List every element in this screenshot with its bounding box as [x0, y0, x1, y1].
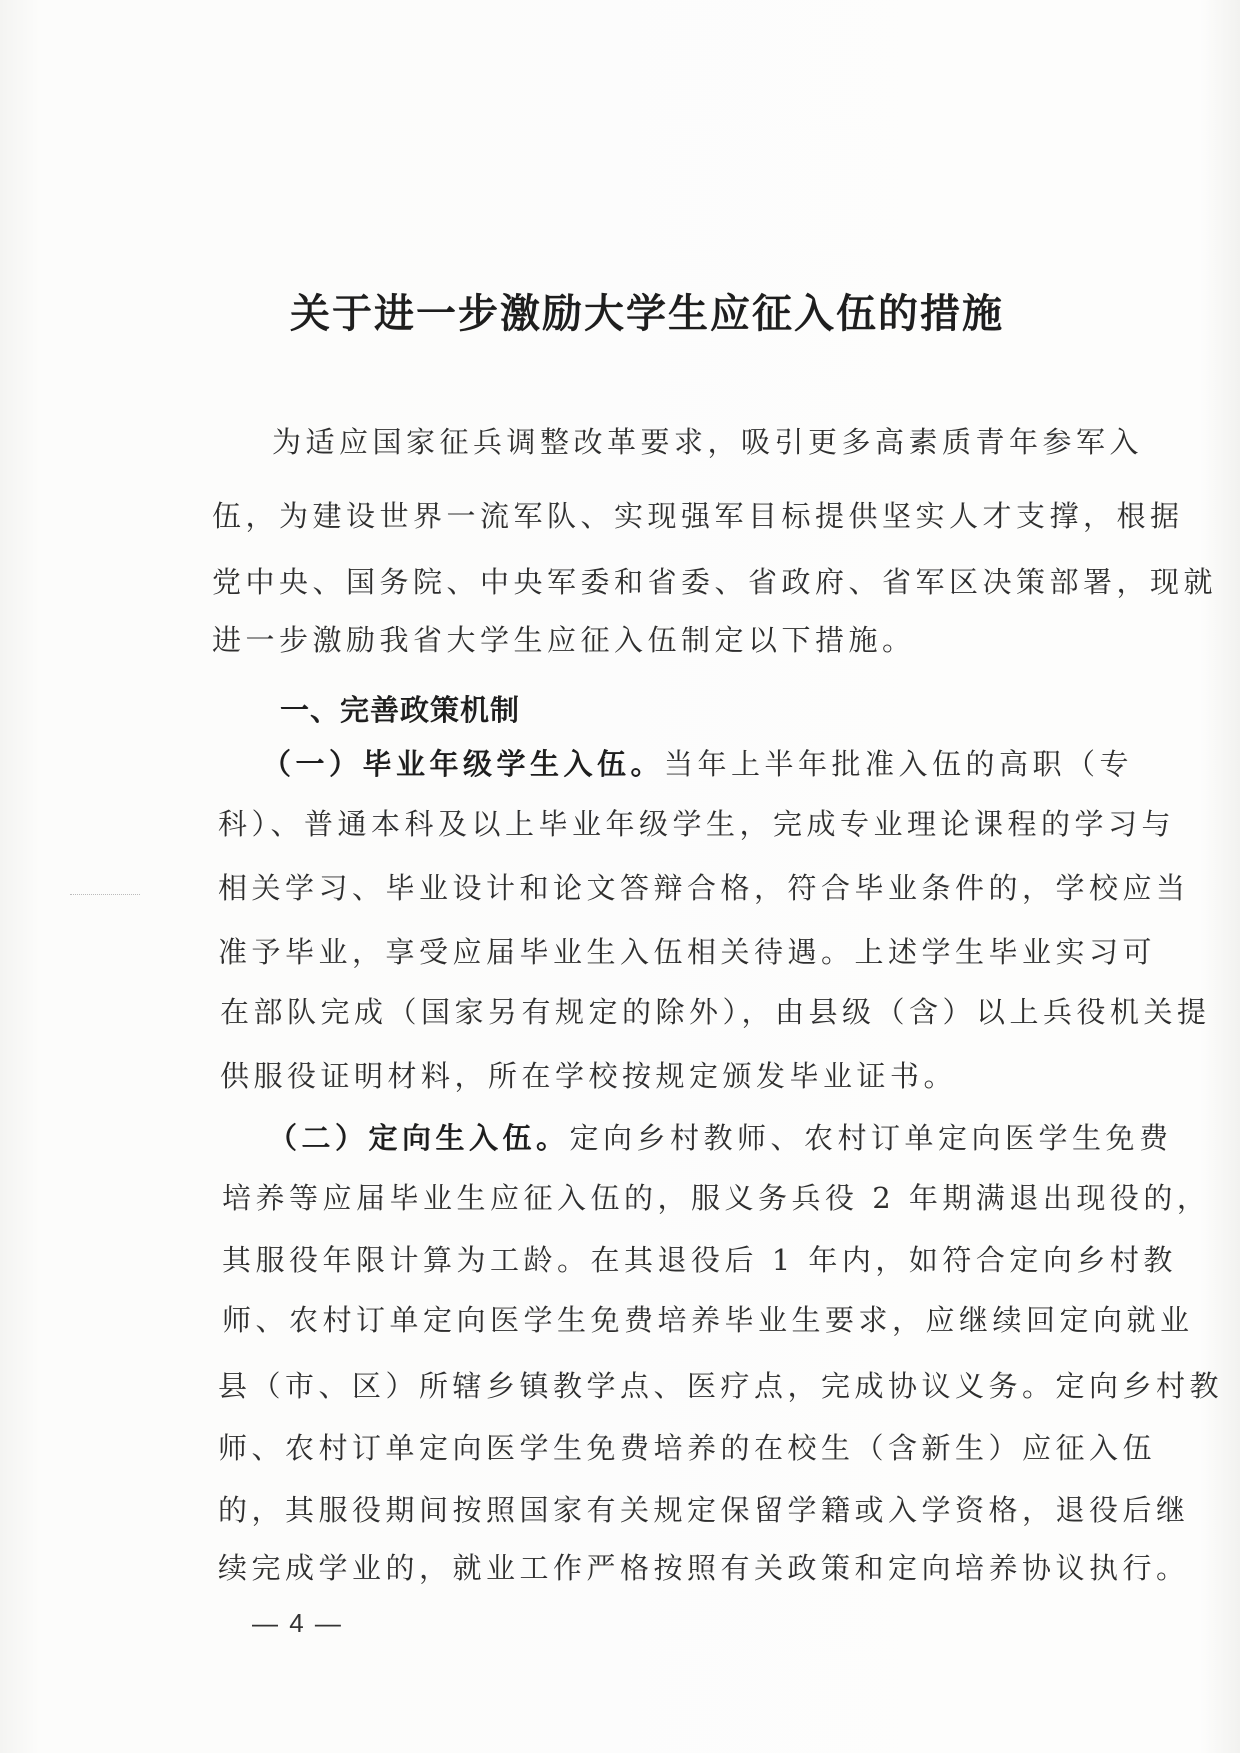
item-1-first-line: （一）毕业年级学生入伍。当年上半年批准入伍的高职（专 [262, 746, 1133, 782]
item-1-line-6: 供服役证明材料，所在学校按规定颁发毕业证书。 [220, 1058, 957, 1094]
item-2-line-2: 培养等应届毕业生应征入伍的，服义务兵役 2 年期满退出现役的， [222, 1180, 1210, 1216]
item-1-line-3: 相关学习、毕业设计和论文答辩合格，符合毕业条件的，学校应当 [218, 870, 1190, 906]
intro-line-3: 党中央、国务院、中央军委和省委、省政府、省军区决策部署，现就 [212, 564, 1217, 600]
item-2-line-5: 县（市、区）所辖乡镇教学点、医疗点，完成协议义务。定向乡村教 [218, 1368, 1223, 1404]
intro-line-2: 伍，为建设世界一流军队、实现强军目标提供坚实人才支撑，根据 [212, 498, 1184, 534]
item-1-line-2: 科）、普通本科及以上毕业年级学生，完成专业理论课程的学习与 [218, 806, 1175, 842]
item-2-line-8: 续完成学业的，就业工作严格按照有关政策和定向培养协议执行。 [218, 1550, 1190, 1586]
item-1-lead: （一）毕业年级学生入伍。 [262, 747, 664, 781]
intro-line-4: 进一步激励我省大学生应征入伍制定以下措施。 [212, 622, 916, 658]
document-page: 关于进一步激励大学生应征入伍的措施 为适应国家征兵调整改革要求，吸引更多高素质青… [0, 0, 1240, 1753]
item-1-line-1: 当年上半年批准入伍的高职（专 [664, 747, 1133, 781]
item-1-line-5: 在部队完成（国家另有规定的除外），由县级（含）以上兵役机关提 [220, 994, 1211, 1030]
item-1-line-4: 准予毕业，享受应届毕业生入伍相关待遇。上述学生毕业实习可 [218, 934, 1156, 970]
item-2-first-line: （二）定向生入伍。定向乡村教师、农村订单定向医学生免费 [268, 1120, 1173, 1156]
item-2-lead: （二）定向生入伍。 [268, 1121, 570, 1155]
item-2-line-4: 师、农村订单定向医学生免费培养毕业生要求，应继续回定向就业 [222, 1302, 1194, 1338]
page-number: — 4 — [252, 1608, 343, 1639]
item-2-line-7: 的，其服役期间按照国家有关规定保留学籍或入学资格，退役后继 [218, 1492, 1190, 1528]
item-2-line-1: 定向乡村教师、农村订单定向医学生免费 [570, 1121, 1173, 1155]
item-2-line-3: 其服役年限计算为工龄。在其退役后 1 年内，如符合定向乡村教 [222, 1242, 1177, 1278]
document-title: 关于进一步激励大学生应征入伍的措施 [290, 282, 1030, 339]
scan-artifact [70, 894, 140, 896]
section-heading-1: 一、完善政策机制 [280, 688, 520, 729]
intro-line-1: 为适应国家征兵调整改革要求，吸引更多高素质青年参军入 [272, 424, 1143, 460]
item-2-line-6: 师、农村订单定向医学生免费培养的在校生（含新生）应征入伍 [218, 1430, 1156, 1466]
